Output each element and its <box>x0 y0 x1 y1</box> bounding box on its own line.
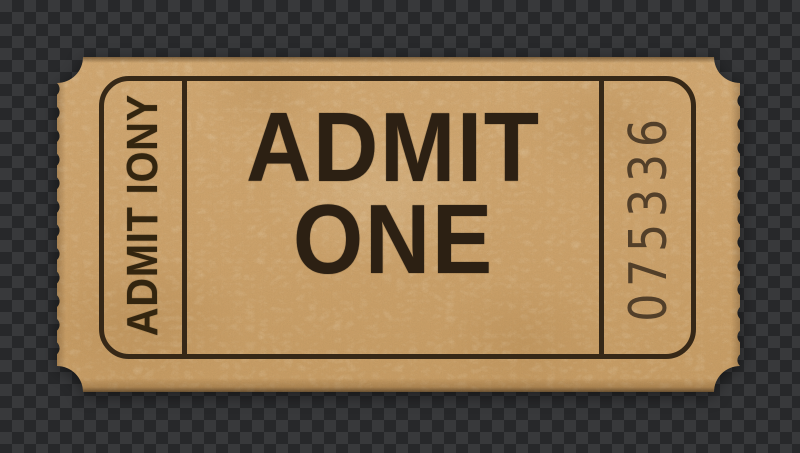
right-stub-divider <box>599 76 604 359</box>
ticket: ADMIT IONY ADMIT ONE 075336 <box>57 57 740 392</box>
left-stub-text: ADMIT IONY <box>118 94 168 336</box>
ticket-paper: ADMIT IONY ADMIT ONE 075336 <box>57 57 740 392</box>
transparency-checkerboard: ADMIT IONY ADMIT ONE 075336 <box>0 0 800 453</box>
serial-number: 075336 <box>619 112 679 322</box>
admit-line: ADMIT <box>204 101 584 193</box>
admit-one-text: ADMIT ONE <box>204 101 584 285</box>
left-stub-divider <box>182 76 187 359</box>
one-line: ONE <box>204 193 584 285</box>
